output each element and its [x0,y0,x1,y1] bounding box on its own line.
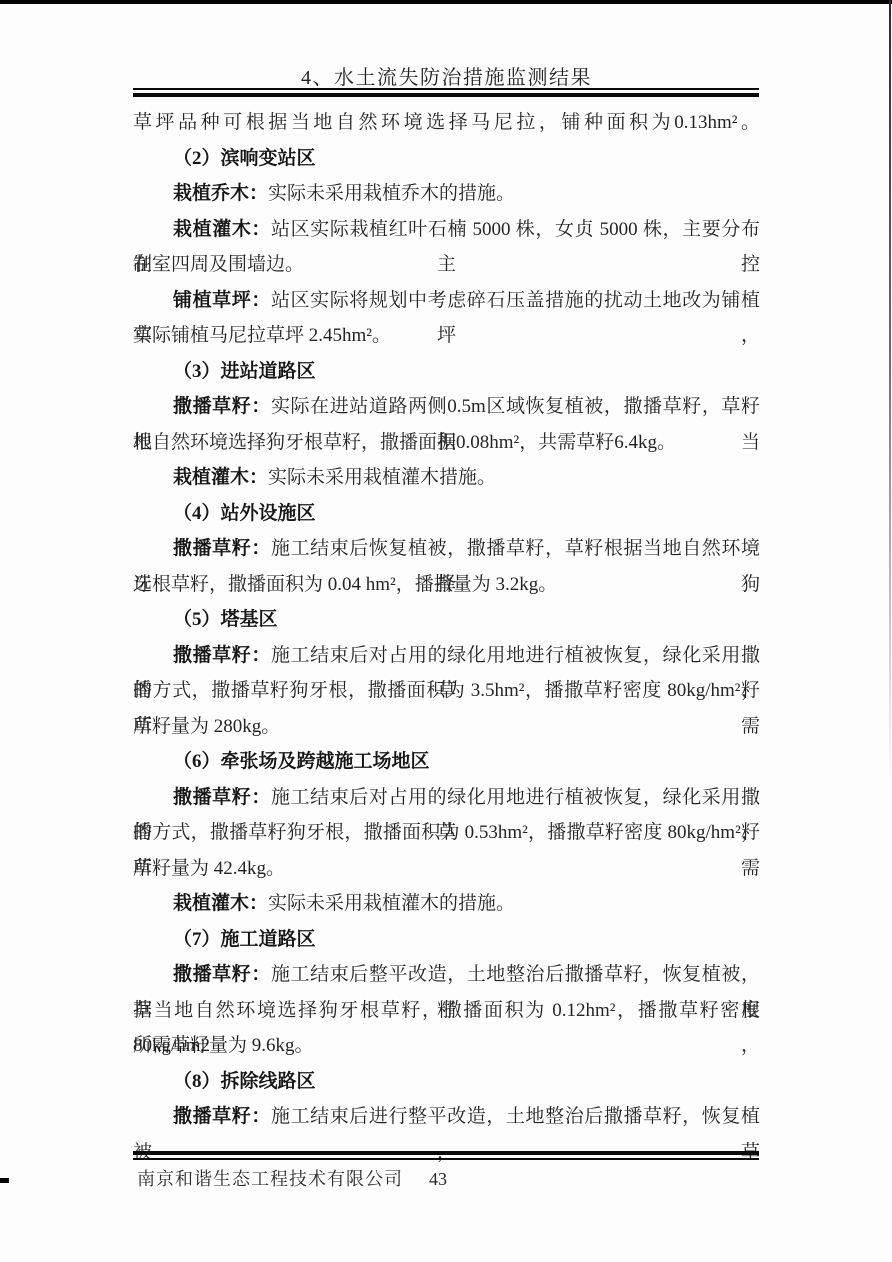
body-text-line: 撒播草籽：实际在进站道路两侧0.5m区域恢复植被，撒播草籽，草籽根据当 [133,389,760,425]
body-text-line: 撒播草籽：施工结束后恢复植被，撒播草籽，草籽根据当地自然环境选择狗 [133,531,760,567]
document-body: 草坪品种可根据当地自然环境选择马尼拉，铺种面积为0.13hm²。 （2）滨响变站… [133,105,760,1135]
body-text-line: 栽植灌木：站区实际栽植红叶石楠 5000 株，女贞 5000 株，主要分布在主控 [133,212,760,248]
section-heading-2: （2）滨响变站区 [133,141,760,177]
body-text-line: 栽植灌木：实际未采用栽植灌木措施。 [133,460,760,496]
body-text-line: 撒播草籽：施工结束后进行整平改造，土地整治后撒播草籽，恢复植被，草 [133,1099,760,1135]
footer-company: 南京和谐生态工程技术有限公司 [137,1169,403,1189]
body-text-line: 草坪品种可根据当地自然环境选择马尼拉，铺种面积为0.13hm²。 [133,105,760,141]
footer-double-rule [133,1151,759,1160]
section-heading-6: （6）牵张场及跨越施工场地区 [133,744,760,780]
section-heading-8: （8）拆除线路区 [133,1064,760,1100]
header-double-rule [133,88,759,97]
body-text-line: 铺植草坪：站区实际将规划中考虑碎石压盖措施的扰动土地改为铺植草坪， [133,283,760,319]
body-text-line: 据当地自然环境选择狗牙根草籽，撒播面积为 0.12hm²，播撒草籽密度 80kg… [133,993,760,1029]
body-text-line: 撒播草籽：施工结束后对占用的绿化用地进行植被恢复，绿化采用撒播草籽 [133,780,760,816]
section-heading-5: （5）塔基区 [133,602,760,638]
section-heading-7: （7）施工道路区 [133,922,760,958]
page-footer: 南京和谐生态工程技术有限公司43 [137,1165,764,1191]
section-heading-3: （3）进站道路区 [133,354,760,390]
body-text-line: 撒播草籽：施工结束后整平改造，土地整治后撒播草籽，恢复植被，草籽根 [133,957,760,993]
body-text-line: 地自然环境选择狗牙根草籽，撒播面积0.08hm²，共需草籽6.4kg。 [133,425,760,461]
section-heading-4: （4）站外设施区 [133,496,760,532]
document-page: 4、水土流失防治措施监测结果 草坪品种可根据当地自然环境选择马尼拉，铺种面积为0… [0,0,892,1262]
body-text-line: 栽植乔木：实际未采用栽植乔木的措施。 [133,176,760,212]
body-text-line: 撒播草籽：施工结束后对占用的绿化用地进行植被恢复，绿化采用撒播草籽 [133,638,760,674]
page-header-title: 4、水土流失防治措施监测结果 [133,61,760,90]
scan-edge-right [889,0,891,780]
body-text-line: 的方式，撒播草籽狗牙根，撒播面积为 0.53hm²，播撒草籽密度 80kg/hm… [133,815,760,851]
body-text-line: 的方式，撒播草籽狗牙根，撒播面积为 3.5hm²，播撒草籽密度 80kg/hm²… [133,673,760,709]
page-number: 43 [429,1169,447,1189]
scan-artifact-left [0,1178,9,1183]
body-text-line: 栽植灌木：实际未采用栽植灌木的措施。 [133,886,760,922]
scan-edge-top [0,0,892,4]
